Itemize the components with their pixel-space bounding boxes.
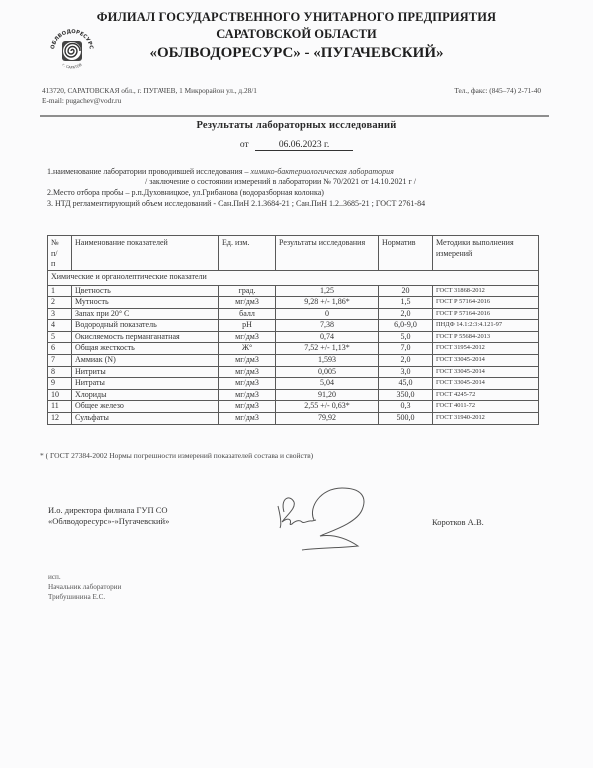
indicator-name: Общая жесткость [72,343,219,355]
col-header-number: № п/ п [48,236,72,271]
table-row: 4Водородный показательpH7,386,0-9,0ПНДФ … [48,320,539,332]
result-value: 0 [276,308,379,320]
logo-text-bottom: г. САРАТОВ [61,62,83,69]
section-title: Химические и органолептические показател… [48,270,539,285]
norm-value: 5,0 [379,331,433,343]
document-title: Результаты лабораторных исследований [0,120,593,131]
norm-value: 7,0 [379,343,433,355]
indicator-name: Сульфаты [72,413,219,425]
norm-value: 350,0 [379,389,433,401]
unit: мг/дм3 [219,378,276,390]
indicator-name: Хлориды [72,389,219,401]
handwritten-signature [262,484,382,554]
date-prefix: от [240,140,249,150]
row-number: 11 [48,401,72,413]
table-row: 10Хлоридымг/дм391,20350,0ГОСТ 4245-72 [48,389,539,401]
table-row: 2Мутностьмг/дм39,28 +/- 1,86*1,5ГОСТ Р 5… [48,297,539,309]
row-number: 3 [48,308,72,320]
email: E-mail: pugachev@vodr.ru [42,96,121,105]
unit: мг/дм3 [219,297,276,309]
unit: град. [219,285,276,297]
organization-logo-icon: «ОБЛВОДОРЕСУРС» г. САРАТОВ [47,26,97,76]
executor-position: Начальник лаборатории [48,582,121,592]
method: ГОСТ 31954-2012 [433,343,539,355]
executor-block: исп. Начальник лаборатории Трибушинина Е… [48,572,121,602]
table-row: 1Цветностьград.1,2520ГОСТ 31868-2012 [48,285,539,297]
table-row: 12Сульфатымг/дм379,92500,0ГОСТ 31940-201… [48,413,539,425]
norm-value: 1,5 [379,297,433,309]
table-header-row: № п/ п Наименование показателей Ед. изм.… [48,236,539,271]
indicator-name: Нитраты [72,378,219,390]
norm-value: 2,0 [379,308,433,320]
result-value: 1,25 [276,285,379,297]
indicator-name: Водородный показатель [72,320,219,332]
method: ГОСТ 33045-2014 [433,355,539,367]
row-number: 2 [48,297,72,309]
method: ГОСТ Р 57164-2016 [433,308,539,320]
row-number: 1 [48,285,72,297]
signatory-position-line1: И.о. директора филиала ГУП СО [48,505,169,516]
method: ГОСТ 31868-2012 [433,285,539,297]
info-certificate: / заключение о состоянии измерений в лаб… [145,177,416,186]
col-header-unit: Ед. изм. [219,236,276,271]
document-date: 06.06.2023 г. [255,140,353,151]
table-row: 3Запах при 20° Сбалл02,0ГОСТ Р 57164-201… [48,308,539,320]
row-number: 10 [48,389,72,401]
unit: балл [219,308,276,320]
norm-value: 500,0 [379,413,433,425]
result-value: 0,74 [276,331,379,343]
row-number: 5 [48,331,72,343]
table-row: 8Нитритымг/дм30,0053,0ГОСТ 33045-2014 [48,366,539,378]
phone: Тел., факс: (845–74) 2-71-40 [454,86,541,95]
method: ПНДФ 14.1:2:3:4.121-97 [433,320,539,332]
indicator-name: Аммиак (N) [72,355,219,367]
svg-text:г. САРАТОВ: г. САРАТОВ [61,62,83,69]
result-value: 2,55 +/- 0,63* [276,401,379,413]
info-laboratory: 1.наименование лаборатории проводившей и… [47,167,394,176]
col-header-indicator: Наименование показателей [72,236,219,271]
indicator-name: Запах при 20° С [72,308,219,320]
norm-value: 20 [379,285,433,297]
row-number: 6 [48,343,72,355]
unit: мг/дм3 [219,331,276,343]
result-value: 79,92 [276,413,379,425]
result-value: 5,04 [276,378,379,390]
indicator-name: Окисляемость перманганатная [72,331,219,343]
indicator-name: Цветность [72,285,219,297]
table-row: 11Общее железомг/дм32,55 +/- 0,63*0,3ГОС… [48,401,539,413]
method: ГОСТ 33045-2014 [433,366,539,378]
info-laboratory-label: 1.наименование лаборатории проводившей и… [47,167,249,176]
table-row: 9Нитратымг/дм35,0445,0ГОСТ 33045-2014 [48,378,539,390]
header-divider [40,115,549,117]
norm-value: 3,0 [379,366,433,378]
unit: мг/дм3 [219,401,276,413]
section-row: Химические и органолептические показател… [48,270,539,285]
method: ГОСТ 4011-72 [433,401,539,413]
address: 413720, САРАТОВСКАЯ обл., г. ПУГАЧЕВ, 1 … [42,86,257,95]
indicator-name: Мутность [72,297,219,309]
unit: мг/дм3 [219,413,276,425]
result-value: 7,38 [276,320,379,332]
norm-value: 45,0 [379,378,433,390]
signatory-position-line2: «Облводоресурс»-»Пугачевский» [48,516,169,527]
unit: pH [219,320,276,332]
info-regulations: 3. НТД регламентирующий объем исследован… [47,199,425,208]
results-table: № п/ п Наименование показателей Ед. изм.… [47,235,539,425]
info-sampling-place: 2.Место отбора пробы – р.п.Духовницкое, … [47,188,324,197]
indicator-name: Общее железо [72,401,219,413]
table-row: 7Аммиак (N)мг/дм31,5932,0ГОСТ 33045-2014 [48,355,539,367]
col-header-result: Результаты исследования [276,236,379,271]
result-value: 1,593 [276,355,379,367]
unit: мг/дм3 [219,366,276,378]
row-number: 9 [48,378,72,390]
table-row: 6Общая жесткостьЖ°7,52 +/- 1,13*7,0ГОСТ … [48,343,539,355]
unit: Ж° [219,343,276,355]
unit: мг/дм3 [219,389,276,401]
result-value: 91,20 [276,389,379,401]
row-number: 8 [48,366,72,378]
method: ГОСТ 31940-2012 [433,413,539,425]
result-value: 0,005 [276,366,379,378]
info-laboratory-value: химико-бактериологическая лаборатория [251,167,394,176]
norm-value: 2,0 [379,355,433,367]
unit: мг/дм3 [219,355,276,367]
col-header-method: Методики выполнения измерений [433,236,539,271]
footnote: * ( ГОСТ 27384-2002 Нормы погрешности из… [40,451,313,460]
norm-value: 6,0-9,0 [379,320,433,332]
method: ГОСТ Р 55684-2013 [433,331,539,343]
table-row: 5Окисляемость перманганатнаямг/дм30,745,… [48,331,539,343]
col-header-norm: Норматив [379,236,433,271]
row-number: 12 [48,413,72,425]
executor-name: Трибушинина Е.С. [48,592,121,602]
result-value: 9,28 +/- 1,86* [276,297,379,309]
method: ГОСТ 33045-2014 [433,378,539,390]
row-number: 7 [48,355,72,367]
norm-value: 0,3 [379,401,433,413]
row-number: 4 [48,320,72,332]
indicator-name: Нитриты [72,366,219,378]
executor-label: исп. [48,572,121,582]
method: ГОСТ 4245-72 [433,389,539,401]
document-date-row: от 06.06.2023 г. [0,140,593,151]
method: ГОСТ Р 57164-2016 [433,297,539,309]
result-value: 7,52 +/- 1,13* [276,343,379,355]
org-title-line1: ФИЛИАЛ ГОСУДАРСТВЕННОГО УНИТАРНОГО ПРЕДП… [0,10,593,25]
signatory-position: И.о. директора филиала ГУП СО «Облводоре… [48,505,169,527]
signatory-name: Коротков А.В. [432,517,484,527]
